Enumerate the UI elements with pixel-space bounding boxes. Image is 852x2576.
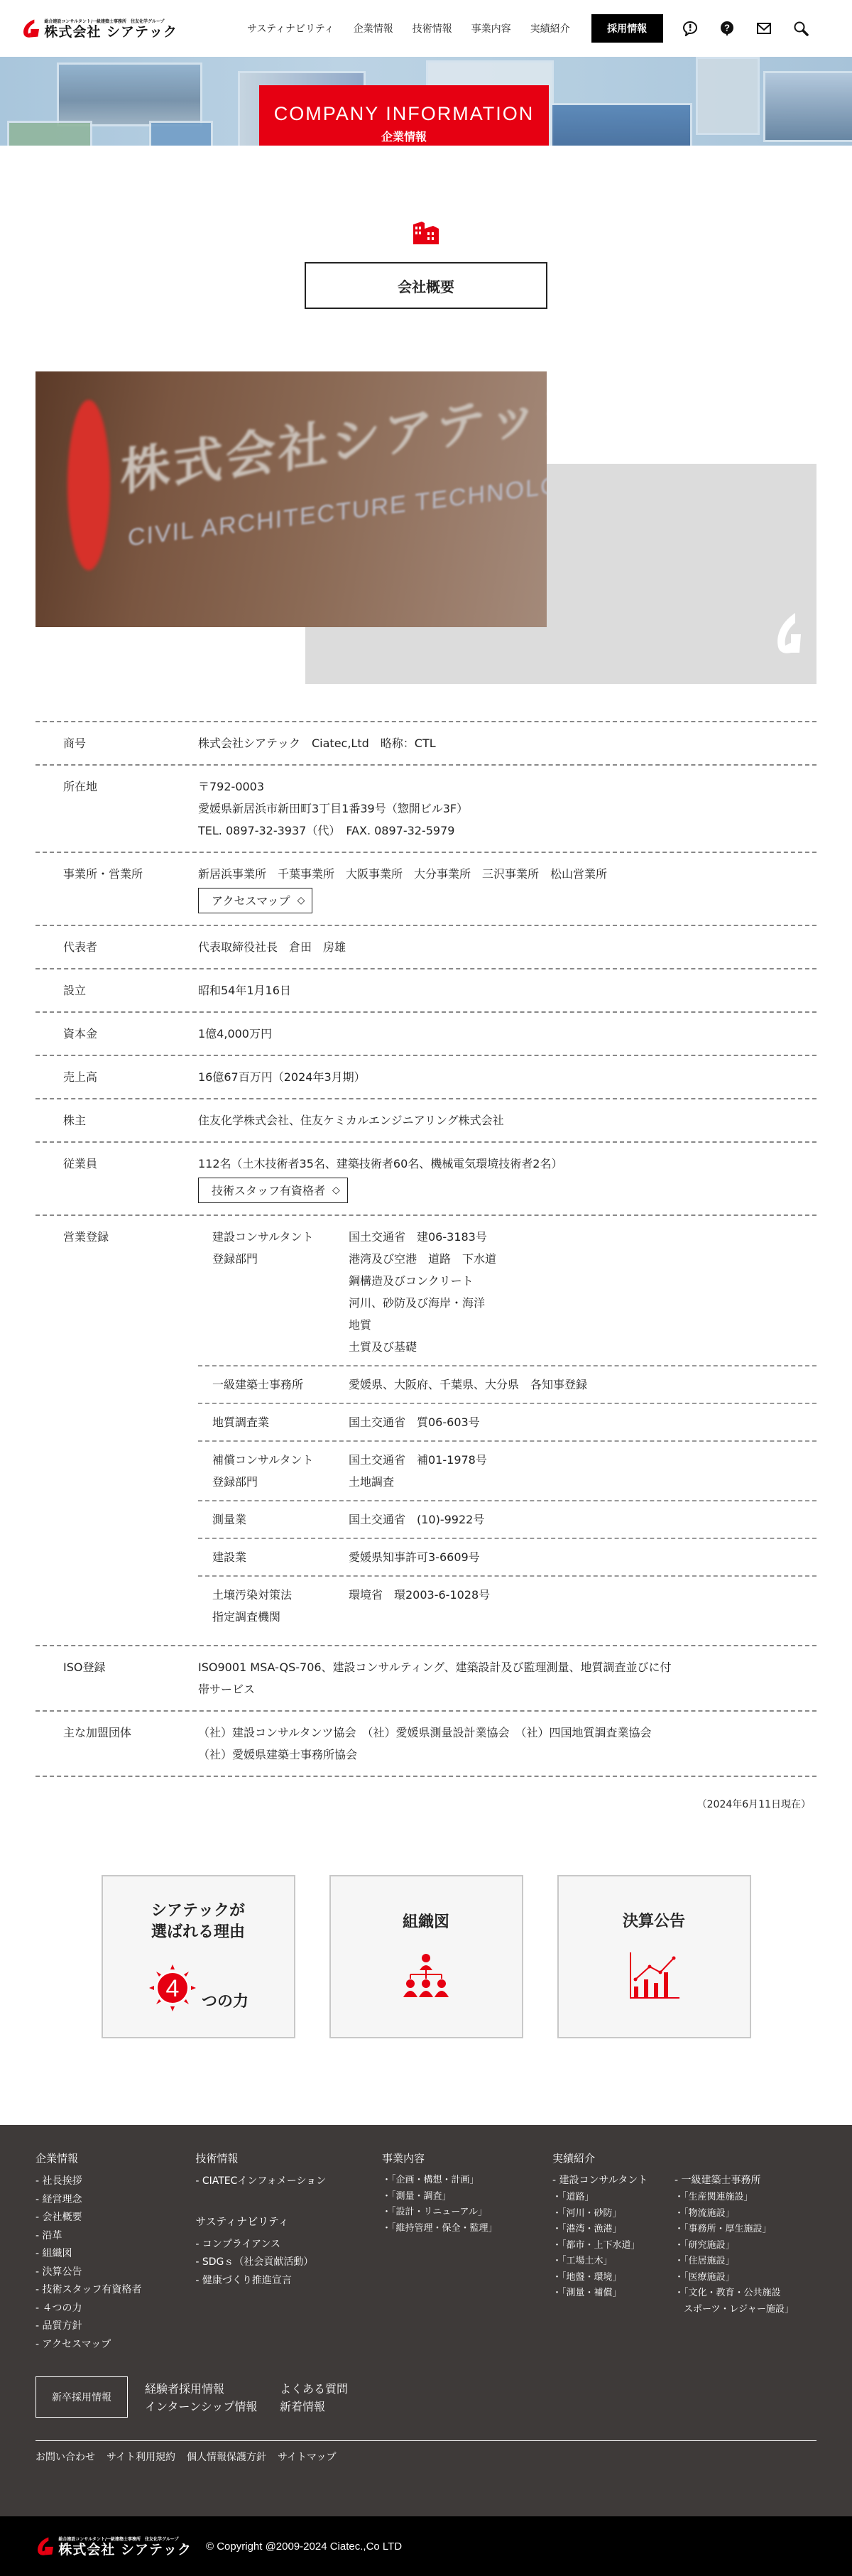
reg-key: 測量業 (212, 1509, 349, 1531)
qualified-staff-button[interactable]: 技術スタッフ有資格者◇ (198, 1178, 348, 1203)
footer-link[interactable]: ・「河川・砂防」 (552, 2206, 674, 2222)
button-label: 技術スタッフ有資格者 (212, 1180, 325, 1202)
registration-list: 建設コンサルタント登録部門 国土交通省 建06-3183号 港湾及び空港 道路 … (198, 1226, 816, 1635)
nav-technology[interactable]: 技術情報 (413, 21, 452, 36)
footer-link[interactable]: - 社長挨拶 (35, 2173, 195, 2191)
reg-value: 国土交通省 質06-603号 (349, 1411, 816, 1433)
footer-heading[interactable]: 事業内容 (382, 2151, 552, 2165)
logo-name: 株式会社 シアテック (44, 24, 177, 40)
mid-career-recruit-link[interactable]: 経験者採用情報 (145, 2380, 280, 2396)
copyright-text: © Copyright @2009-2024 Ciatec.,Co LTD (206, 2540, 402, 2553)
four-power-icon: 4 (148, 1963, 197, 2013)
photo-logo-mark (67, 400, 110, 570)
footer-link[interactable]: ・「医療施設」 (674, 2270, 816, 2286)
footer-subheading[interactable]: - 建設コンサルタント (552, 2173, 674, 2187)
info-row-iso: ISO登録 ISO9001 MSA-QS-706、建設コンサルティング、建築設計… (35, 1645, 816, 1710)
recruit-button[interactable]: 採用情報 (591, 14, 663, 43)
diamond-icon: ◇ (297, 890, 305, 912)
logo-watermark-icon (774, 613, 802, 656)
contact-link[interactable]: お問い合わせ (35, 2450, 95, 2464)
footer-link[interactable]: - 沿革 (35, 2227, 195, 2246)
reg-key: 登録部門 (212, 1471, 349, 1493)
header-icons: ? (682, 21, 809, 36)
site-logo[interactable]: 総合建設コンサルタント/一級建築士事務所 住友化学グループ 株式会社 シアテック (21, 14, 177, 43)
logo-subtitle: 総合建設コンサルタント/一級建築士事務所 住友化学グループ (58, 2536, 192, 2542)
faq-icon[interactable]: ? (719, 21, 735, 36)
reg-key: 補償コンサルタント (212, 1449, 349, 1471)
new-graduate-recruit-button[interactable]: 新卒採用情報 (35, 2376, 128, 2418)
reg-value: 愛媛県知事許可3-6609号 (349, 1546, 816, 1568)
copyright-bar: 総合建設コンサルタント/一級建築士事務所 住友化学グループ 株式会社 シアテック… (0, 2516, 852, 2576)
row-value: 1億4,000万円 (198, 1023, 795, 1045)
registration-item: 建設コンサルタント登録部門 国土交通省 建06-3183号 港湾及び空港 道路 … (198, 1226, 816, 1365)
logo-mark-icon (35, 2534, 55, 2558)
mail-icon[interactable] (756, 21, 772, 36)
footer-link[interactable]: - 決算公告 (35, 2263, 195, 2282)
reg-key: 登録部門 (212, 1248, 349, 1270)
hero-title-en: COMPANY INFORMATION (259, 103, 549, 125)
logo-subtitle: 総合建設コンサルタント/一級建築士事務所 住友化学グループ (44, 18, 177, 24)
hero-banner: COMPANY INFORMATION 企業情報 (0, 57, 852, 146)
row-label: ISO登録 (35, 1656, 198, 1700)
info-row-established: 設立 昭和54年1月16日 (35, 968, 816, 1011)
reg-value: 地質 (349, 1314, 816, 1336)
registration-item: 測量業 国土交通省 (10)-9922号 (198, 1500, 816, 1538)
nav-business[interactable]: 事業内容 (471, 21, 511, 36)
row-label: 事業所・営業所 (35, 863, 198, 915)
footer-divider (35, 2440, 816, 2441)
info-row-sales: 売上高 16億67百万円（2024年3月期） (35, 1055, 816, 1098)
footer-link[interactable]: - SDGｓ（社会貢献活動） (195, 2254, 382, 2272)
info-row-representative: 代表者 代表取締役社長 倉田 房雄 (35, 925, 816, 968)
info-row-shareholders: 株主 住友化学株式会社、住友ケミカルエンジニアリング株式会社 (35, 1098, 816, 1141)
logo-name: 株式会社 シアテック (58, 2542, 192, 2558)
site-header: 総合建設コンサルタント/一級建築士事務所 住友化学グループ 株式会社 シアテック… (0, 0, 852, 57)
card-org-chart[interactable]: 組織図 (329, 1875, 523, 2038)
svg-text:?: ? (724, 23, 730, 33)
reg-value: 国土交通省 建06-3183号 (349, 1226, 816, 1248)
footer-heading[interactable]: 企業情報 (35, 2151, 195, 2165)
row-label: 営業登録 (35, 1226, 198, 1635)
footer-link[interactable]: - ４つの力 (35, 2300, 195, 2318)
info-row-registration: 営業登録 建設コンサルタント登録部門 国土交通省 建06-3183号 港湾及び空… (35, 1214, 816, 1645)
row-value: 株式会社シアテック Ciatec,Ltd 略称：CTL (198, 732, 795, 754)
footer-link[interactable]: - 技術スタッフ有資格者 (35, 2281, 195, 2300)
privacy-link[interactable]: 個人情報保護方針 (187, 2450, 266, 2464)
hero-photo-building (57, 63, 202, 126)
footer-subheading[interactable]: - 一級建築士事務所 (674, 2173, 816, 2187)
phone-fax: TEL. 0897-32-3937（代） FAX. 0897-32-5979 (198, 820, 795, 842)
row-value: ISO9001 MSA-QS-706、建設コンサルティング、建築設計及び監理測量… (198, 1656, 795, 1678)
footer-link[interactable]: スポーツ・レジャー施設」 (674, 2302, 816, 2318)
row-label: 株主 (35, 1109, 198, 1131)
footer-link[interactable]: ・「測量・補償」 (552, 2286, 674, 2302)
reg-value: 河川、砂防及び海岸・海洋 (349, 1292, 816, 1314)
page-title: 会社概要 (305, 262, 547, 309)
card-title: 選ばれる理由 (151, 1922, 245, 1943)
info-row-employees: 従業員 112名（土木技術者35名、建築技術者60名、機械電気環境技術者2名） … (35, 1141, 816, 1214)
row-label: 所在地 (35, 776, 198, 842)
reg-key: 建設コンサルタント (212, 1226, 349, 1248)
reg-value: 愛媛県、大阪府、千葉県、大分県 各知事登録 (349, 1374, 816, 1396)
reg-value: 土質及び基礎 (349, 1336, 816, 1358)
row-label: 主な加盟団体 (35, 1722, 198, 1766)
faq-link[interactable]: よくある質問 (280, 2380, 379, 2396)
hero-title-ja: 企業情報 (259, 128, 549, 144)
site-footer: 企業情報 - 社長挨拶 - 経営理念 - 会社概要 - 沿革 - 組織図 - 決… (0, 2125, 852, 2516)
footer-col-technology: 技術情報 - CIATECインフォメーション サスティナビリティ - コンプライ… (195, 2151, 382, 2354)
footer-link[interactable]: - コンプライアンス (195, 2236, 382, 2254)
footer-link[interactable]: - 経営理念 (35, 2191, 195, 2210)
section-header: 会社概要 (0, 220, 852, 309)
terms-link[interactable]: サイト利用規約 (106, 2450, 175, 2464)
footer-link[interactable]: - 組織図 (35, 2245, 195, 2263)
company-visual: 株式会社シアテック CIVIL ARCHITECTURE TECHNOLOGY (0, 371, 852, 684)
related-links: シアテックが選ばれる理由 4 つの力 組織図 (0, 1875, 852, 2038)
info-row-offices: 事業所・営業所 新居浜事業所 千葉事業所 大阪事業所 大分事業所 三沢事業所 松… (35, 852, 816, 925)
reg-value: 国土交通省 (10)-9922号 (349, 1509, 816, 1531)
footer-link[interactable]: ・「設計・リニューアル」 (382, 2205, 552, 2221)
building-icon (412, 220, 440, 244)
reg-value: 環境省 環2003-6-1028号 (349, 1584, 816, 1606)
row-label: 資本金 (35, 1023, 198, 1045)
footer-link[interactable]: ・「港湾・漁港」 (552, 2222, 674, 2238)
registration-item: 補償コンサルタント登録部門 国土交通省 補01-1978号土地調査 (198, 1440, 816, 1500)
footer-link[interactable]: - CIATECインフォメーション (195, 2173, 382, 2191)
footer-link[interactable]: - 品質方針 (35, 2317, 195, 2336)
registration-item: 一級建築士事務所 愛媛県、大阪府、千葉県、大分県 各知事登録 (198, 1365, 816, 1403)
footer-link[interactable]: ・「道路」 (552, 2190, 674, 2206)
row-label: 代表者 (35, 936, 198, 958)
hero-photo-greenery (7, 121, 92, 146)
nav-sustainability[interactable]: サスティナビリティ (247, 21, 334, 36)
row-value: 昭和54年1月16日 (198, 979, 795, 1001)
footer-heading[interactable]: 実績紹介 (552, 2151, 816, 2165)
hero-photo-map (696, 57, 760, 135)
card-financial[interactable]: 決算公告 (557, 1875, 751, 2038)
footer-bottom-links: お問い合わせ サイト利用規約 個人情報保護方針 サイトマップ (35, 2450, 816, 2464)
footer-link[interactable]: ・「都市・上下水道」 (552, 2238, 674, 2254)
footer-link[interactable]: - アクセスマップ (35, 2336, 195, 2354)
registration-item: 地質調査業 国土交通省 質06-603号 (198, 1403, 816, 1440)
reg-value: 鋼構造及びコンクリート (349, 1270, 816, 1292)
notice-icon[interactable] (682, 21, 698, 36)
info-row-associations: 主な加盟団体 （社）建設コンサルタンツ協会 （社）愛媛県測量設計業協会 （社）四… (35, 1710, 816, 1777)
news-link[interactable]: 新着情報 (280, 2398, 379, 2414)
hero-photo-tower (149, 121, 213, 146)
row-value: 住友化学株式会社、住友ケミカルエンジニアリング株式会社 (198, 1109, 795, 1131)
footer-link[interactable]: ・「文化・教育・公共施設 (674, 2286, 816, 2302)
org-chart-icon (400, 1953, 452, 1999)
footer-link[interactable]: ・「研究施設」 (674, 2238, 816, 2254)
footer-recruit: 新卒採用情報 経験者採用情報 よくある質問 インターンシップ情報 新着情報 (35, 2376, 816, 2418)
financial-chart-icon (628, 1952, 679, 1999)
row-value: 112名（土木技術者35名、建築技術者60名、機械電気環境技術者2名） (198, 1153, 795, 1175)
info-row-trade-name: 商号 株式会社シアテック Ciatec,Ltd 略称：CTL (35, 721, 816, 764)
global-nav: サスティナビリティ 企業情報 技術情報 事業内容 実績紹介 (247, 21, 589, 36)
footer-link[interactable]: ・「維持管理・保全・監理」 (382, 2221, 552, 2237)
hero-title-box: COMPANY INFORMATION 企業情報 (259, 85, 549, 146)
card-title: 組織図 (403, 1912, 449, 1933)
footer-heading[interactable]: サスティナビリティ (195, 2214, 382, 2229)
hero-photo-facility (550, 103, 692, 146)
postal-code: 〒792-0003 (198, 776, 795, 798)
footer-link[interactable]: - 健康づくり推進宣言 (195, 2272, 382, 2290)
registration-item: 建設業 愛媛県知事許可3-6609号 (198, 1538, 816, 1575)
footer-link[interactable]: - 会社概要 (35, 2209, 195, 2227)
reg-value: 国土交通省 補01-1978号 (349, 1449, 816, 1471)
sitemap-link[interactable]: サイトマップ (278, 2450, 336, 2464)
footer-link[interactable]: ・「事務所・厚生施設」 (674, 2222, 816, 2238)
address: 愛媛県新居浜市新田町3丁目1番39号（惣開ビル3F） (198, 798, 795, 820)
footer-link[interactable]: ・「地盤・環境」 (552, 2270, 674, 2286)
row-value: 代表取締役社長 倉田 房雄 (198, 936, 795, 958)
office-list: 新居浜事業所 千葉事業所 大阪事業所 大分事業所 三沢事業所 松山営業所 (198, 863, 795, 885)
row-value: （社）建設コンサルタンツ協会 （社）愛媛県測量設計業協会 （社）四国地質調査業協… (198, 1722, 795, 1744)
footer-link[interactable]: ・「住居施設」 (674, 2254, 816, 2270)
access-map-button[interactable]: アクセスマップ◇ (198, 888, 312, 913)
office-sign-photo: 株式会社シアテック CIVIL ARCHITECTURE TECHNOLOGY (35, 371, 547, 627)
nav-works[interactable]: 実績紹介 (530, 21, 570, 36)
row-value: 16億67百万円（2024年3月期） (198, 1066, 795, 1088)
row-label: 売上高 (35, 1066, 198, 1088)
reg-value: 土地調査 (349, 1471, 816, 1493)
info-row-capital: 資本金 1億4,000万円 (35, 1011, 816, 1055)
footer-col-company: 企業情報 - 社長挨拶 - 経営理念 - 会社概要 - 沿革 - 組織図 - 決… (35, 2151, 195, 2354)
footer-col-works: 実績紹介 - 建設コンサルタント ・「道路」 ・「河川・砂防」 ・「港湾・漁港」… (552, 2151, 816, 2354)
card-suffix: つの力 (202, 1989, 248, 2011)
info-row-address: 所在地 〒792-0003 愛媛県新居浜市新田町3丁目1番39号（惣開ビル3F）… (35, 764, 816, 852)
svg-text:4: 4 (166, 1975, 180, 2002)
card-title: シアテックが (151, 1901, 245, 1922)
reg-key: 地質調査業 (212, 1411, 349, 1433)
footer-link[interactable]: ・「測量・調査」 (382, 2189, 552, 2205)
row-value: （社）愛媛県建築士事務所協会 (198, 1744, 795, 1766)
row-label: 従業員 (35, 1153, 198, 1205)
logo-mark-icon (21, 16, 41, 40)
footer-logo[interactable]: 総合建設コンサルタント/一級建築士事務所 住友化学グループ 株式会社 シアテック (35, 2532, 192, 2560)
card-title: 決算公告 (623, 1911, 685, 1933)
footer-link[interactable]: ・「企画・構想・計画」 (382, 2173, 552, 2189)
card-four-powers[interactable]: シアテックが選ばれる理由 4 つの力 (102, 1875, 295, 2038)
as-of-date: （2024年6月11日現在） (35, 1797, 816, 1811)
reg-key: 建設業 (212, 1546, 349, 1568)
hero-photo-building-2 (763, 71, 852, 142)
reg-key: 土壌汚染対策法 (212, 1584, 349, 1606)
nav-company[interactable]: 企業情報 (354, 21, 393, 36)
footer-link[interactable]: ・「工場土木」 (552, 2254, 674, 2270)
company-info-table: 商号 株式会社シアテック Ciatec,Ltd 略称：CTL 所在地 〒792-… (35, 721, 816, 1777)
search-icon[interactable] (793, 21, 809, 36)
footer-link[interactable]: ・「物流施設」 (674, 2206, 816, 2222)
button-label: アクセスマップ (212, 890, 290, 912)
reg-value: 港湾及び空港 道路 下水道 (349, 1248, 816, 1270)
registration-item: 土壌汚染対策法指定調査機関 環境省 環2003-6-1028号 (198, 1575, 816, 1635)
footer-heading[interactable]: 技術情報 (195, 2151, 382, 2165)
diamond-icon: ◇ (332, 1180, 340, 1202)
row-label: 商号 (35, 732, 198, 754)
reg-key: 一級建築士事務所 (212, 1374, 349, 1396)
row-label: 設立 (35, 979, 198, 1001)
reg-key: 指定調査機関 (212, 1606, 349, 1628)
footer-link[interactable]: ・「生産関連施設」 (674, 2190, 816, 2206)
row-value: 帯サービス (198, 1678, 795, 1700)
footer-col-business: 事業内容 ・「企画・構想・計画」 ・「測量・調査」 ・「設計・リニューアル」 ・… (382, 2151, 552, 2354)
internship-link[interactable]: インターンシップ情報 (145, 2398, 280, 2414)
